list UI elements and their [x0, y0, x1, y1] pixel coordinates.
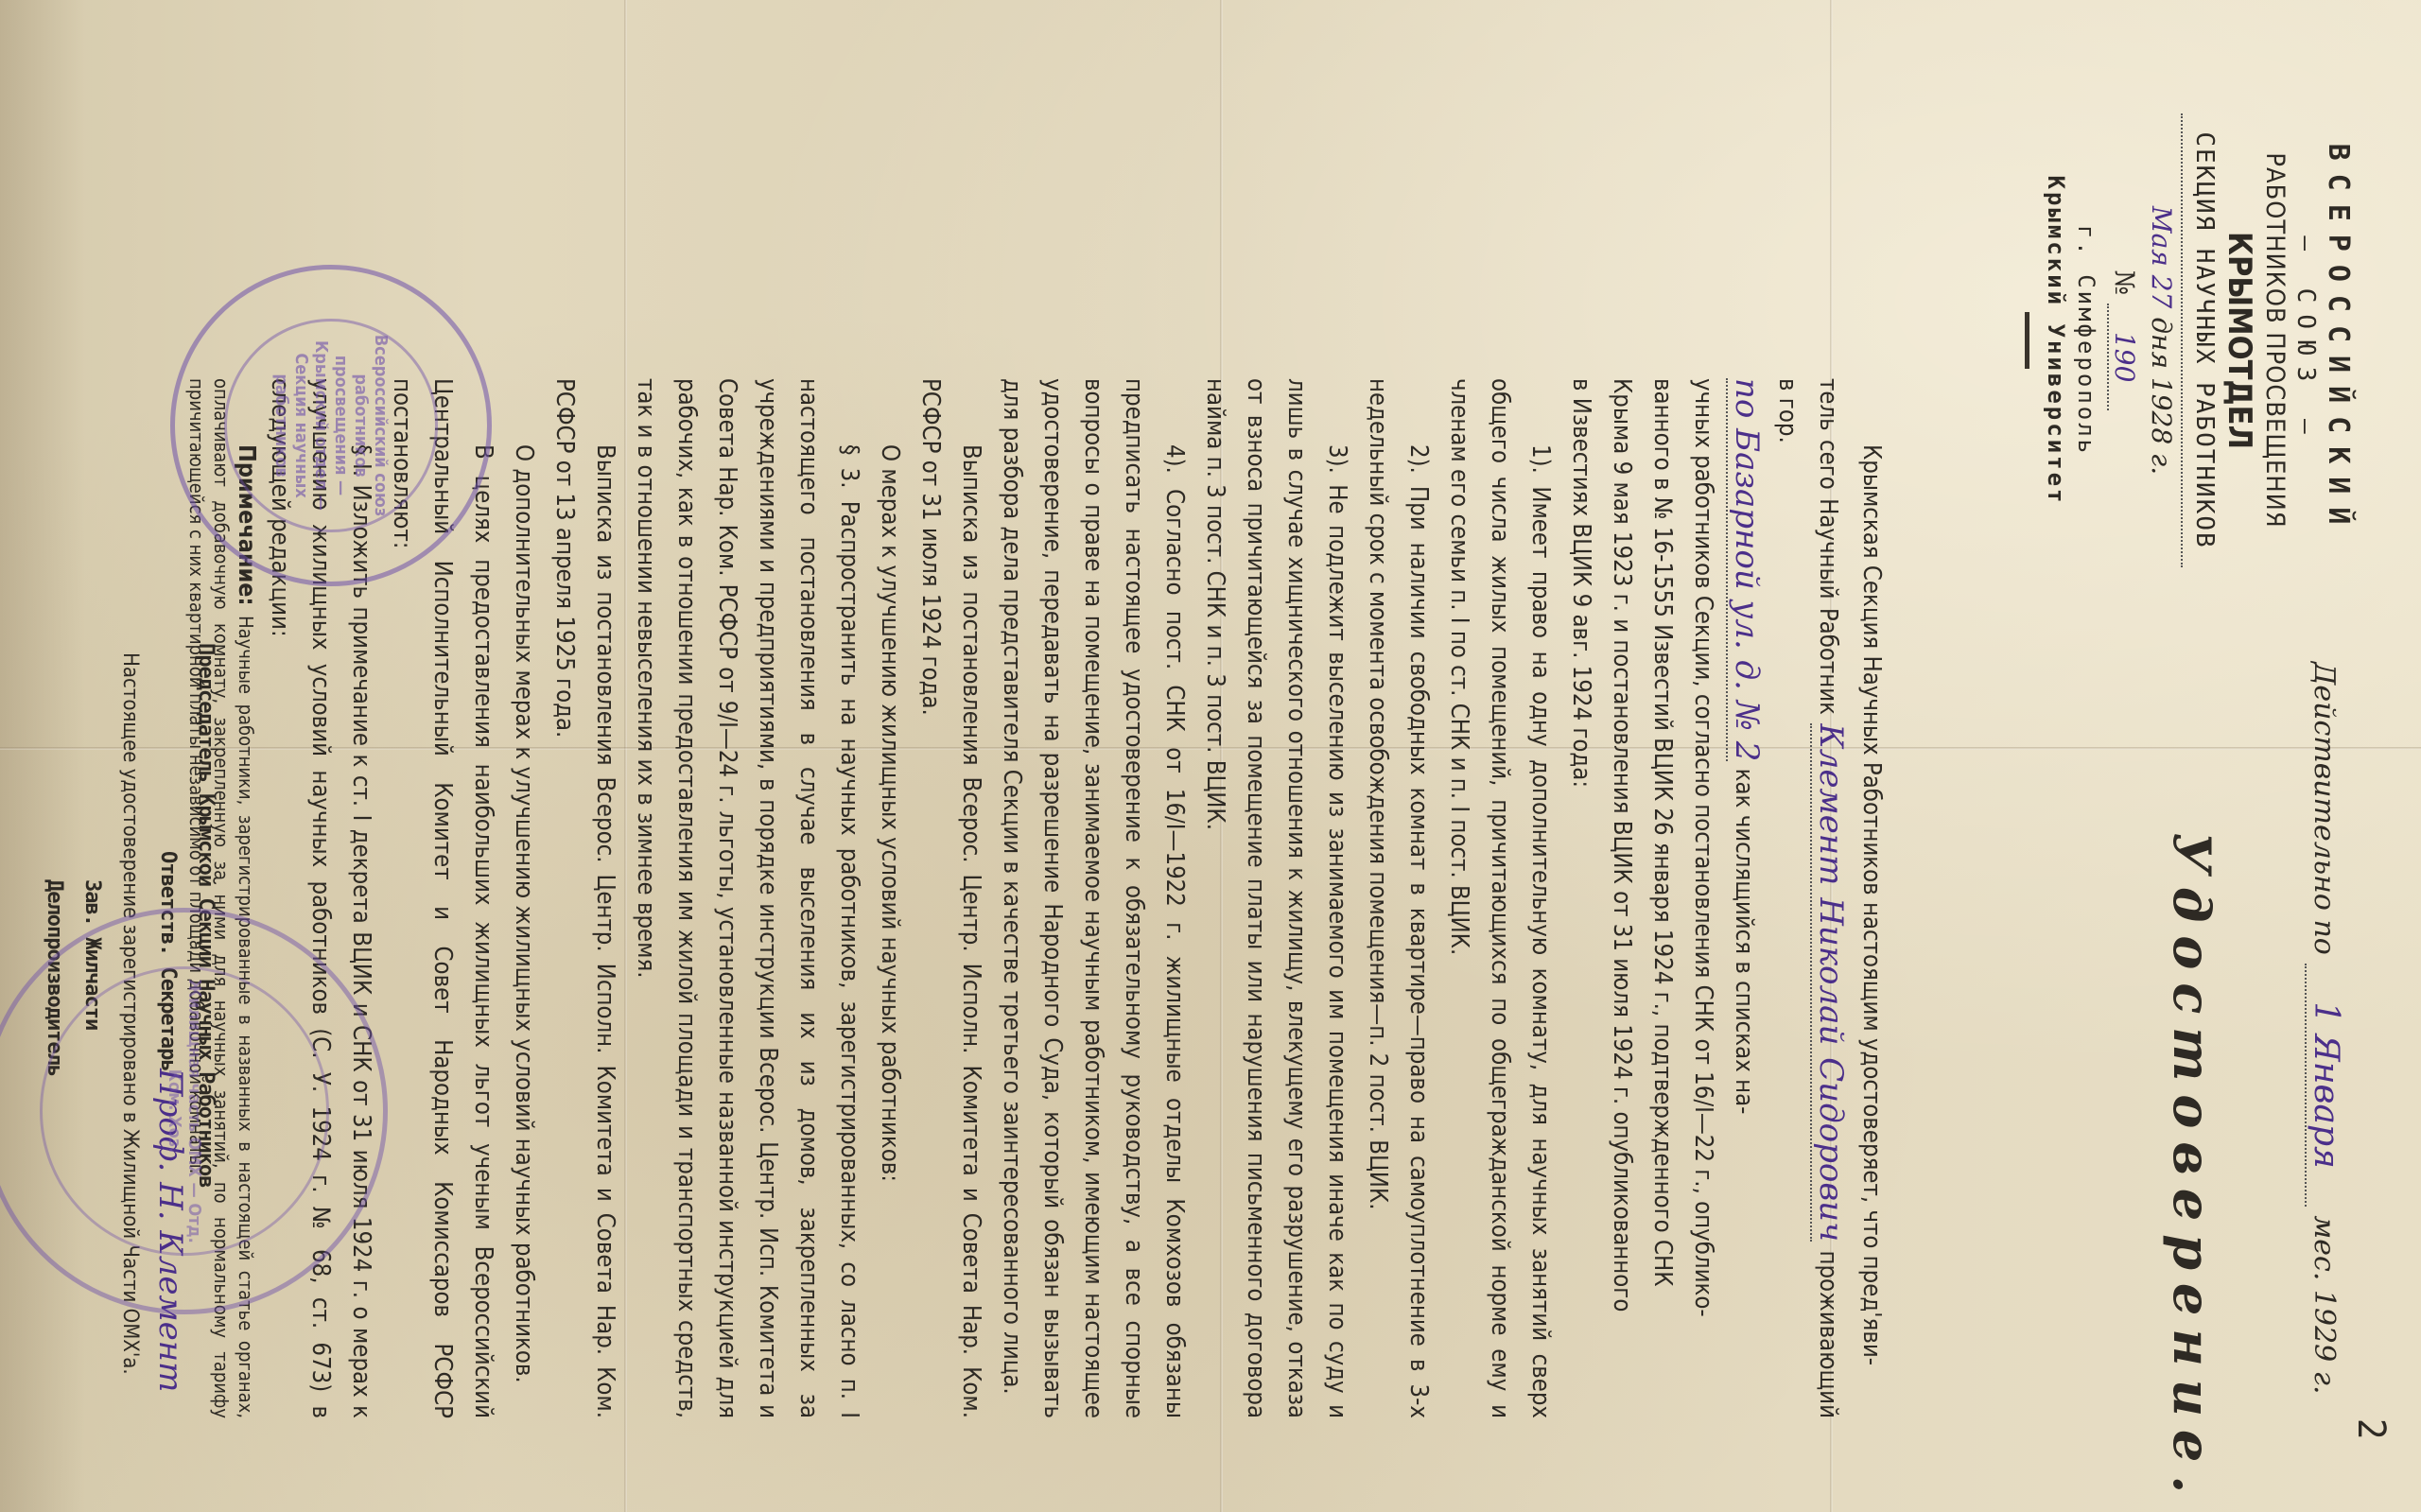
- document-title: Удостоверение.: [2162, 832, 2222, 1506]
- item-4: 4). Согласно пост. СНК от 16/I—1922 г. ж…: [991, 378, 1194, 1418]
- letterhead-line-1: ВСЕРОССИЙСКИЙ: [2322, 113, 2355, 567]
- city: г. Симферополь: [2073, 113, 2099, 567]
- number-handwritten: 190: [2107, 304, 2140, 410]
- holder-name-handwritten: Клемент Николай Сидорович: [1810, 723, 1850, 1242]
- divider: [2025, 312, 2029, 369]
- validity-handwritten: 1 Января: [2305, 964, 2345, 1206]
- address-handwritten: по Базарной ул. д. № 2: [1726, 378, 1766, 761]
- letterhead: ВСЕРОССИЙСКИЙ — СОЮЗ — РАБОТНИКОВ ПРОСВЕ…: [2025, 113, 2355, 567]
- letterhead-line-3: РАБОТНИКОВ ПРОСВЕЩЕНИЯ: [2260, 113, 2290, 567]
- item-1: 1). Имеет право на одну дополнительную к…: [1438, 378, 1560, 1418]
- issue-date-suffix: дня 1928 г.: [2146, 317, 2177, 475]
- union-stamp-text: Всероссийский союз работников просвещени…: [262, 322, 400, 530]
- item-2: 2). При наличии свободных комнат в кварт…: [1357, 378, 1438, 1418]
- document-page: ВСЕРОССИЙСКИЙ — СОЮЗ — РАБОТНИКОВ ПРОСВЕ…: [0, 0, 2421, 1512]
- extract-1-subtitle: О мерах к улучшению жилищных условий нау…: [869, 378, 910, 1418]
- validity-suffix: мес. 1929 г.: [2308, 1215, 2341, 1394]
- extract-2-subtitle: О дополнительных мерах к улучшению жилищ…: [503, 378, 544, 1418]
- issue-date: Мая 27 дня 1928 г.: [2146, 113, 2183, 567]
- union-stamp: Всероссийский союз работников просвещени…: [170, 265, 492, 586]
- document-number: № 190: [2109, 113, 2140, 567]
- number-label: №: [2109, 270, 2140, 296]
- intro-line: Крыма 9 мая 1923 г. и постановления ВЦИК…: [1601, 378, 1642, 1418]
- issue-date-handwritten: Мая 27: [2146, 206, 2177, 308]
- validity-line: Действительно по 1 Января мес. 1929 г.: [2307, 662, 2345, 1395]
- extract-2-title: Выписка из постановления Всерос. Центр. …: [544, 378, 625, 1418]
- intro-line: учных работников Секции, согласно постан…: [1682, 378, 1723, 1418]
- housing-stamp-text: Жилищная часть ОМХ — Отд. Ком. Хоз.: [155, 969, 214, 1253]
- validity-prefix: Действительно по: [2308, 662, 2341, 955]
- intro-line: ванного в № 16-1555 Известий ВЦИК 26 янв…: [1642, 378, 1682, 1418]
- letterhead-line-4: КРЫМОТДЕЛ: [2221, 113, 2258, 567]
- university: Крымский Университет: [2043, 113, 2069, 567]
- intro-line: Крымская Секция Научных Работников насто…: [1851, 378, 1891, 1418]
- extract-1-text: § 3. Распространить на научных работнико…: [625, 378, 869, 1418]
- union-stamp-inner: Всероссийский союз работников просвещени…: [224, 319, 438, 532]
- page-mark: 2: [2349, 1418, 2393, 1440]
- housing-stamp: Жилищная часть ОМХ — Отд. Ком. Хоз.: [0, 908, 388, 1314]
- intro-line-2: тель сего Научный Работник Клемент Никол…: [1767, 378, 1851, 1418]
- housing-stamp-inner: Жилищная часть ОМХ — Отд. Ком. Хоз.: [40, 966, 329, 1256]
- intro-line-3: по Базарной ул. д. № 2 как числящийся в …: [1723, 378, 1767, 1418]
- extract-1-title: Выписка из постановления Всерос. Центр. …: [910, 378, 991, 1418]
- intro-line: в Известиях ВЦИК 9 авг. 1924 года:: [1560, 378, 1601, 1418]
- letterhead-line-2: — СОЮЗ —: [2291, 113, 2320, 567]
- item-3: 3). Не подлежит выселению из занимаемого…: [1194, 378, 1357, 1418]
- letterhead-line-5: СЕКЦИЯ НАУЧНЫХ РАБОТНИКОВ: [2190, 113, 2219, 567]
